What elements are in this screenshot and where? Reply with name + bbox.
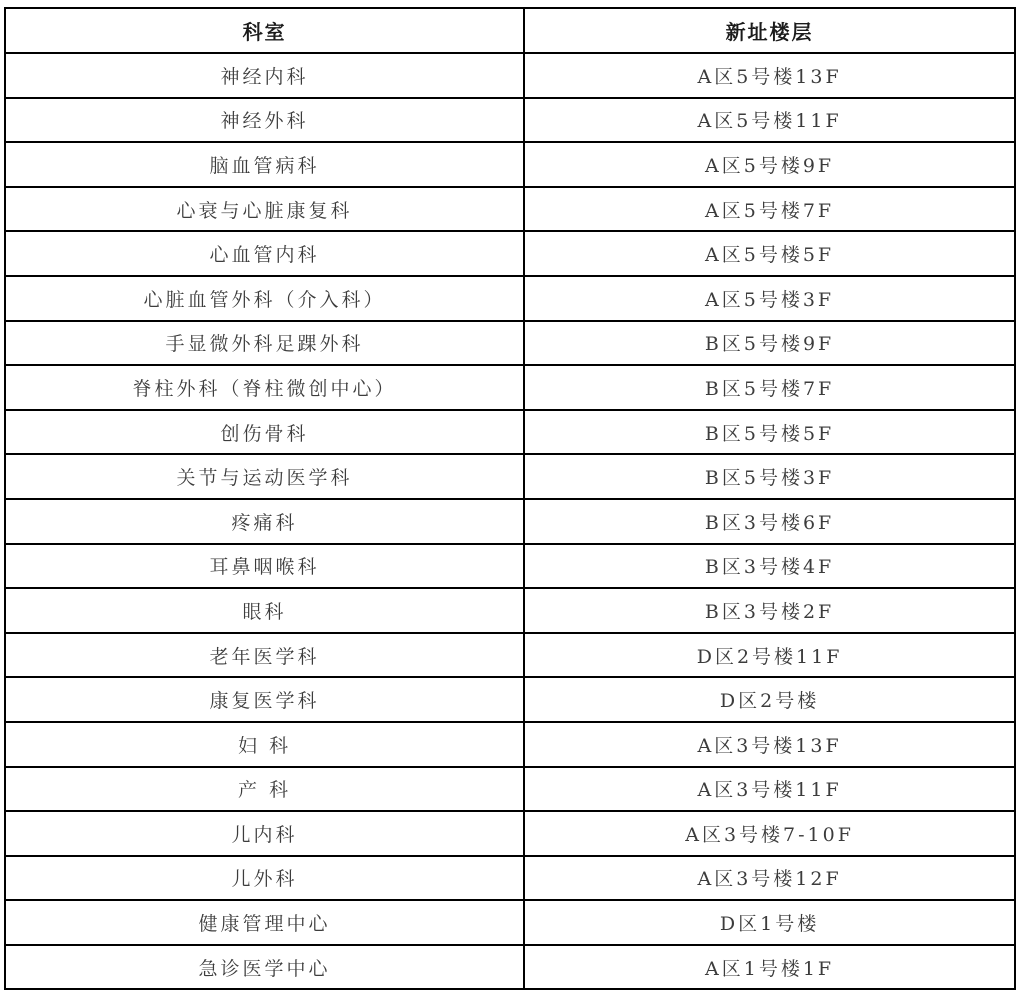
- department-cell: 健康管理中心: [5, 900, 524, 945]
- floor-cell: A区5号楼9F: [524, 142, 1015, 187]
- department-cell: 心脏血管外科（介入科）: [5, 276, 524, 321]
- department-cell: 心衰与心脏康复科: [5, 187, 524, 232]
- table-row: 创伤骨科B区5号楼5F: [5, 410, 1015, 455]
- floor-cell: A区5号楼7F: [524, 187, 1015, 232]
- department-cell: 儿外科: [5, 856, 524, 901]
- department-cell: 脊柱外科（脊柱微创中心）: [5, 365, 524, 410]
- department-cell: 妇 科: [5, 722, 524, 767]
- header-row: 科室 新址楼层: [5, 8, 1015, 53]
- department-cell: 关节与运动医学科: [5, 454, 524, 499]
- table-row: 儿外科A区3号楼12F: [5, 856, 1015, 901]
- department-cell: 耳鼻咽喉科: [5, 544, 524, 589]
- floor-cell: D区2号楼: [524, 677, 1015, 722]
- table-row: 脊柱外科（脊柱微创中心）B区5号楼7F: [5, 365, 1015, 410]
- floor-cell: A区3号楼7-10F: [524, 811, 1015, 856]
- column-header-department: 科室: [5, 8, 524, 53]
- floor-cell: B区3号楼4F: [524, 544, 1015, 589]
- department-cell: 康复医学科: [5, 677, 524, 722]
- table-body: 神经内科A区5号楼13F神经外科A区5号楼11F脑血管病科A区5号楼9F心衰与心…: [5, 53, 1015, 989]
- table-row: 神经内科A区5号楼13F: [5, 53, 1015, 98]
- floor-cell: A区3号楼13F: [524, 722, 1015, 767]
- floor-cell: A区5号楼5F: [524, 231, 1015, 276]
- floor-cell: B区5号楼3F: [524, 454, 1015, 499]
- department-cell: 儿内科: [5, 811, 524, 856]
- department-cell: 脑血管病科: [5, 142, 524, 187]
- department-cell: 手显微外科足踝外科: [5, 321, 524, 366]
- floor-cell: B区5号楼7F: [524, 365, 1015, 410]
- floor-cell: B区5号楼9F: [524, 321, 1015, 366]
- department-floor-table: 科室 新址楼层 神经内科A区5号楼13F神经外科A区5号楼11F脑血管病科A区5…: [4, 7, 1016, 990]
- floor-cell: A区5号楼3F: [524, 276, 1015, 321]
- floor-cell: A区5号楼11F: [524, 98, 1015, 143]
- floor-cell: A区1号楼1F: [524, 945, 1015, 990]
- floor-cell: B区3号楼6F: [524, 499, 1015, 544]
- department-cell: 神经内科: [5, 53, 524, 98]
- department-cell: 急诊医学中心: [5, 945, 524, 990]
- table-row: 关节与运动医学科B区5号楼3F: [5, 454, 1015, 499]
- floor-cell: B区5号楼5F: [524, 410, 1015, 455]
- table-row: 妇 科A区3号楼13F: [5, 722, 1015, 767]
- floor-cell: D区1号楼: [524, 900, 1015, 945]
- table-row: 脑血管病科A区5号楼9F: [5, 142, 1015, 187]
- table-row: 产 科A区3号楼11F: [5, 767, 1015, 812]
- department-cell: 老年医学科: [5, 633, 524, 678]
- department-cell: 神经外科: [5, 98, 524, 143]
- table-row: 心衰与心脏康复科A区5号楼7F: [5, 187, 1015, 232]
- table-row: 耳鼻咽喉科B区3号楼4F: [5, 544, 1015, 589]
- floor-cell: A区3号楼11F: [524, 767, 1015, 812]
- table-row: 康复医学科D区2号楼: [5, 677, 1015, 722]
- page: 科室 新址楼层 神经内科A区5号楼13F神经外科A区5号楼11F脑血管病科A区5…: [0, 0, 1025, 996]
- department-cell: 产 科: [5, 767, 524, 812]
- table-row: 心血管内科A区5号楼5F: [5, 231, 1015, 276]
- table-row: 神经外科A区5号楼11F: [5, 98, 1015, 143]
- floor-cell: D区2号楼11F: [524, 633, 1015, 678]
- table-row: 健康管理中心D区1号楼: [5, 900, 1015, 945]
- floor-cell: A区5号楼13F: [524, 53, 1015, 98]
- department-cell: 眼科: [5, 588, 524, 633]
- floor-cell: B区3号楼2F: [524, 588, 1015, 633]
- column-header-floor: 新址楼层: [524, 8, 1015, 53]
- department-cell: 心血管内科: [5, 231, 524, 276]
- department-cell: 疼痛科: [5, 499, 524, 544]
- table-row: 眼科B区3号楼2F: [5, 588, 1015, 633]
- table-row: 疼痛科B区3号楼6F: [5, 499, 1015, 544]
- table-row: 心脏血管外科（介入科）A区5号楼3F: [5, 276, 1015, 321]
- table-row: 手显微外科足踝外科B区5号楼9F: [5, 321, 1015, 366]
- department-cell: 创伤骨科: [5, 410, 524, 455]
- table-row: 急诊医学中心A区1号楼1F: [5, 945, 1015, 990]
- table-row: 老年医学科D区2号楼11F: [5, 633, 1015, 678]
- table-row: 儿内科A区3号楼7-10F: [5, 811, 1015, 856]
- floor-cell: A区3号楼12F: [524, 856, 1015, 901]
